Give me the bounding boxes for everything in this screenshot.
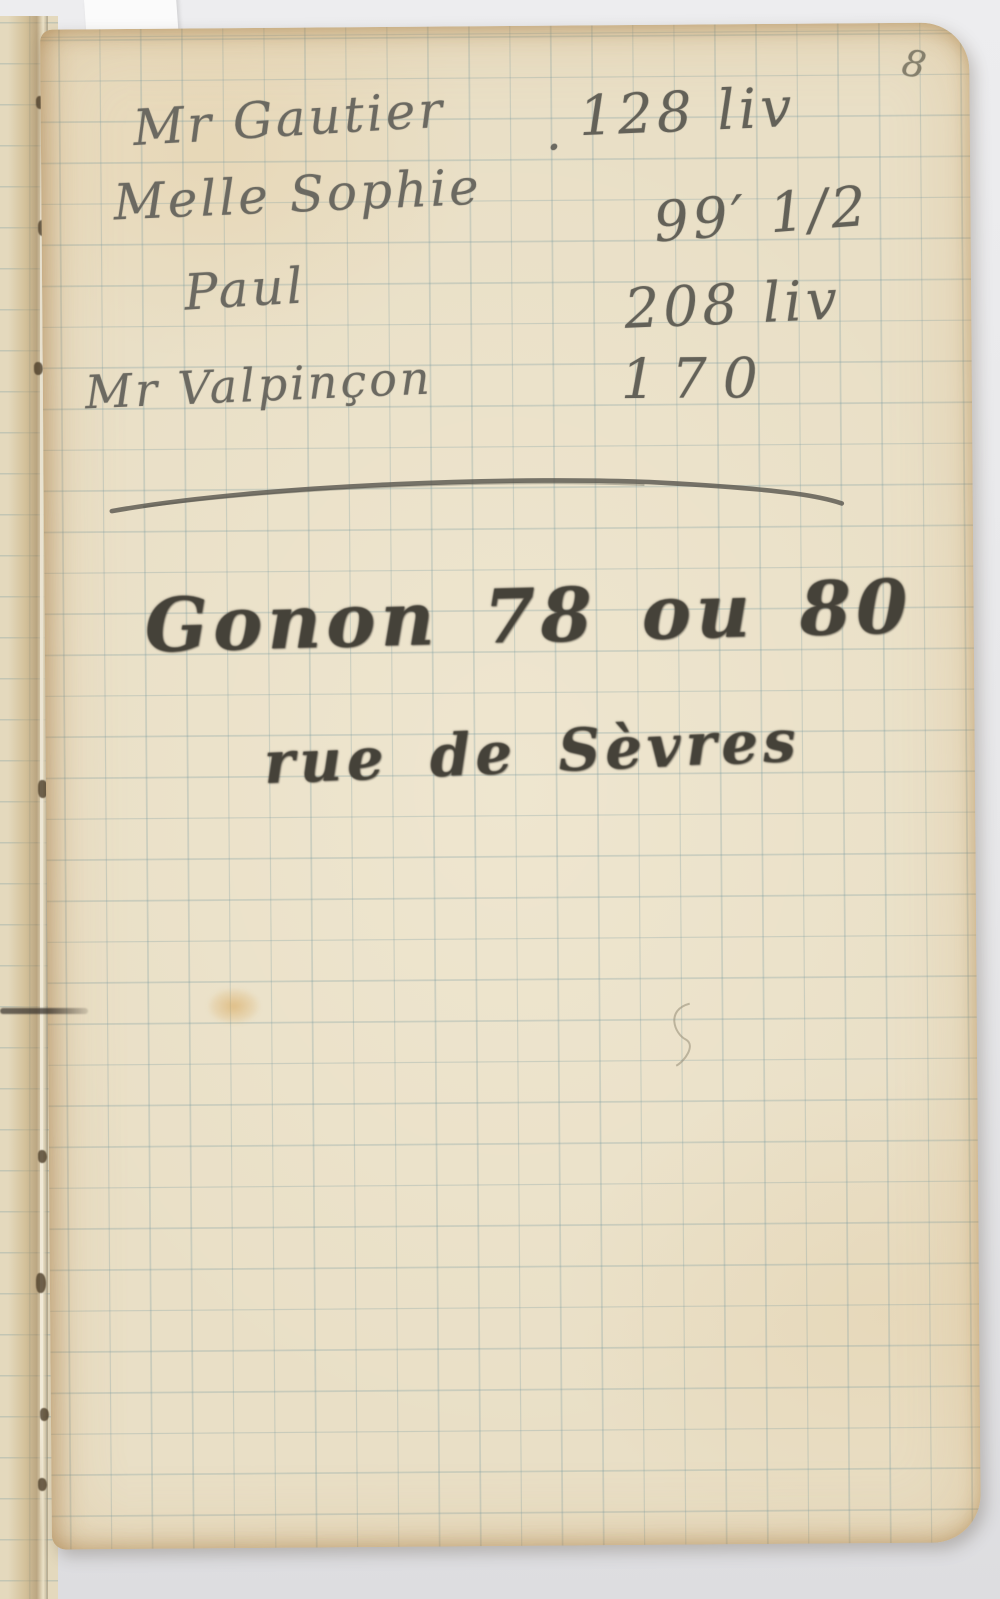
pencil-dash bbox=[0, 1008, 88, 1014]
page-number: 8 bbox=[898, 43, 929, 88]
entry-value: 99′ 1/2 bbox=[651, 174, 872, 255]
entry-separator: . bbox=[546, 104, 562, 162]
paper-stain bbox=[208, 988, 260, 1024]
notebook-page: 8 Mr Gautier . 128 liv Melle Sophie 99′ … bbox=[40, 22, 981, 1549]
entry-name: Mr Valpinçon bbox=[84, 351, 434, 420]
stitch-mark bbox=[36, 1273, 46, 1293]
stitch-mark bbox=[38, 1478, 47, 1491]
note-line-1: Gonon 78 ou 80 bbox=[144, 564, 914, 669]
fiber-mark bbox=[646, 999, 707, 1069]
entry-name: Paul bbox=[182, 256, 307, 321]
note-line-2: rue de Sèvres bbox=[263, 706, 802, 797]
entry-value: 170 bbox=[621, 346, 774, 411]
stitch-mark bbox=[40, 1408, 49, 1421]
entry-value: 208 liv bbox=[623, 268, 842, 341]
entry-name: Mr Gautier bbox=[131, 80, 446, 157]
entry-value: 128 liv bbox=[577, 75, 796, 148]
stitch-mark bbox=[38, 1150, 47, 1163]
stitch-mark bbox=[34, 362, 43, 375]
divider-line bbox=[103, 455, 853, 521]
notebook-photo: 8 Mr Gautier . 128 liv Melle Sophie 99′ … bbox=[0, 0, 1000, 1599]
entry-name: Melle Sophie bbox=[112, 158, 483, 232]
